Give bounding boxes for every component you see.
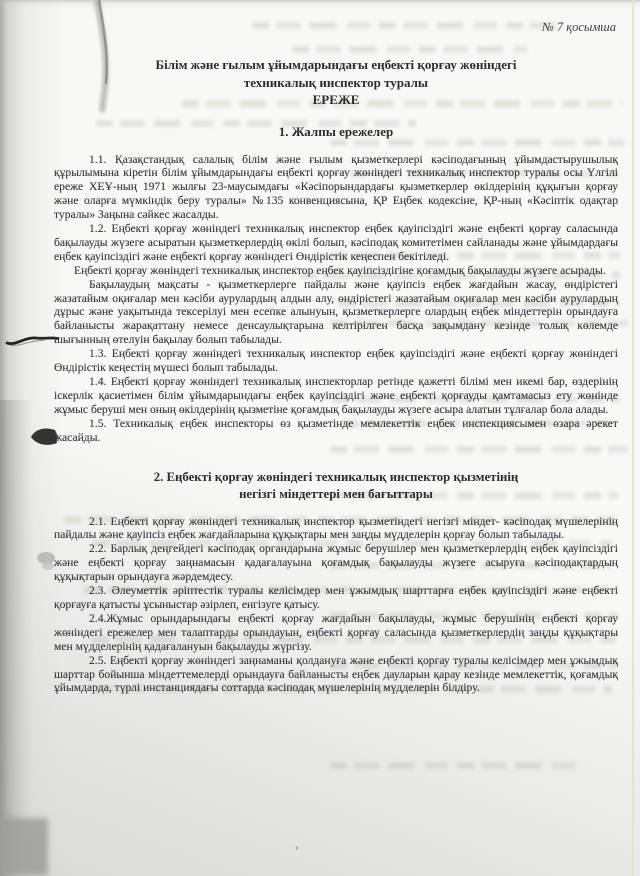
paragraph-1-5: 1.5. Техникалық еңбек инспекторы өз қызм… [54, 417, 618, 445]
section-2-heading-line-2: негізгі міндеттері мен бағыттары [54, 486, 618, 503]
appendix-label: № 7 қосымша [54, 20, 618, 35]
page-edge-shadow [0, 400, 34, 876]
speck-icon [296, 847, 299, 850]
paragraph-2-4: 2.4.Жұмыс орындарындағы еңбекті қорғау ж… [54, 612, 618, 654]
document-title: Білім және ғылым ұйымдарындағы еңбекті қ… [54, 56, 618, 109]
document-title-line-2: техникалық инспектор туралы [54, 74, 618, 92]
paragraph-oversight-goal: Бақылаудың мақсаты - қызметкерлерге пайд… [54, 278, 618, 348]
document-title-line-1: Білім және ғылым ұйымдарындағы еңбекті қ… [54, 56, 618, 74]
scan-corner-shadow [0, 818, 48, 876]
paragraph-2-3: 2.3. Әлеуметтік әріптестік туралы келісі… [54, 584, 618, 612]
document-body: № 7 қосымша Білім және ғылым ұйымдарында… [54, 20, 618, 695]
section-2-heading: 2. Еңбекті қорғау жөніндегі техникалық и… [54, 469, 618, 503]
paragraph-2-5: 2.5. Еңбекті қорғау жөніндегі заңнаманы … [54, 654, 618, 696]
paragraph-public-oversight: Еңбекті қорғау жөніндегі техникалық инсп… [54, 264, 618, 278]
pen-squiggle-icon [7, 338, 58, 345]
section-2-heading-line-1: 2. Еңбекті қорғау жөніндегі техникалық и… [54, 469, 618, 486]
paragraph-1-2: 1.2. Еңбекті қорғау жөніндегі техникалық… [54, 222, 618, 264]
scanned-document-page: № 7 қосымша Білім және ғылым ұйымдарында… [0, 0, 640, 876]
paragraph-2-2: 2.2. Барлық деңгейдегі кәсіподақ органда… [54, 542, 618, 584]
paragraph-2-1: 2.1. Еңбекті қорғау жөніндегі техникалық… [54, 515, 618, 543]
paragraph-1-1: 1.1. Қазақстандық салалық білім және ғыл… [54, 153, 618, 223]
paragraph-1-4: 1.4. Еңбекті қорғау жөніндегі техникалық… [54, 375, 618, 417]
paragraph-1-3: 1.3. Еңбекті қорғау жөніндегі техникалық… [54, 347, 618, 375]
document-title-line-3: ЕРЕЖЕ [54, 91, 618, 109]
page-right-edge-line [632, 0, 634, 876]
staple-mark-icon [37, 552, 55, 570]
section-1-heading: 1. Жалпы ережелер [54, 124, 618, 140]
